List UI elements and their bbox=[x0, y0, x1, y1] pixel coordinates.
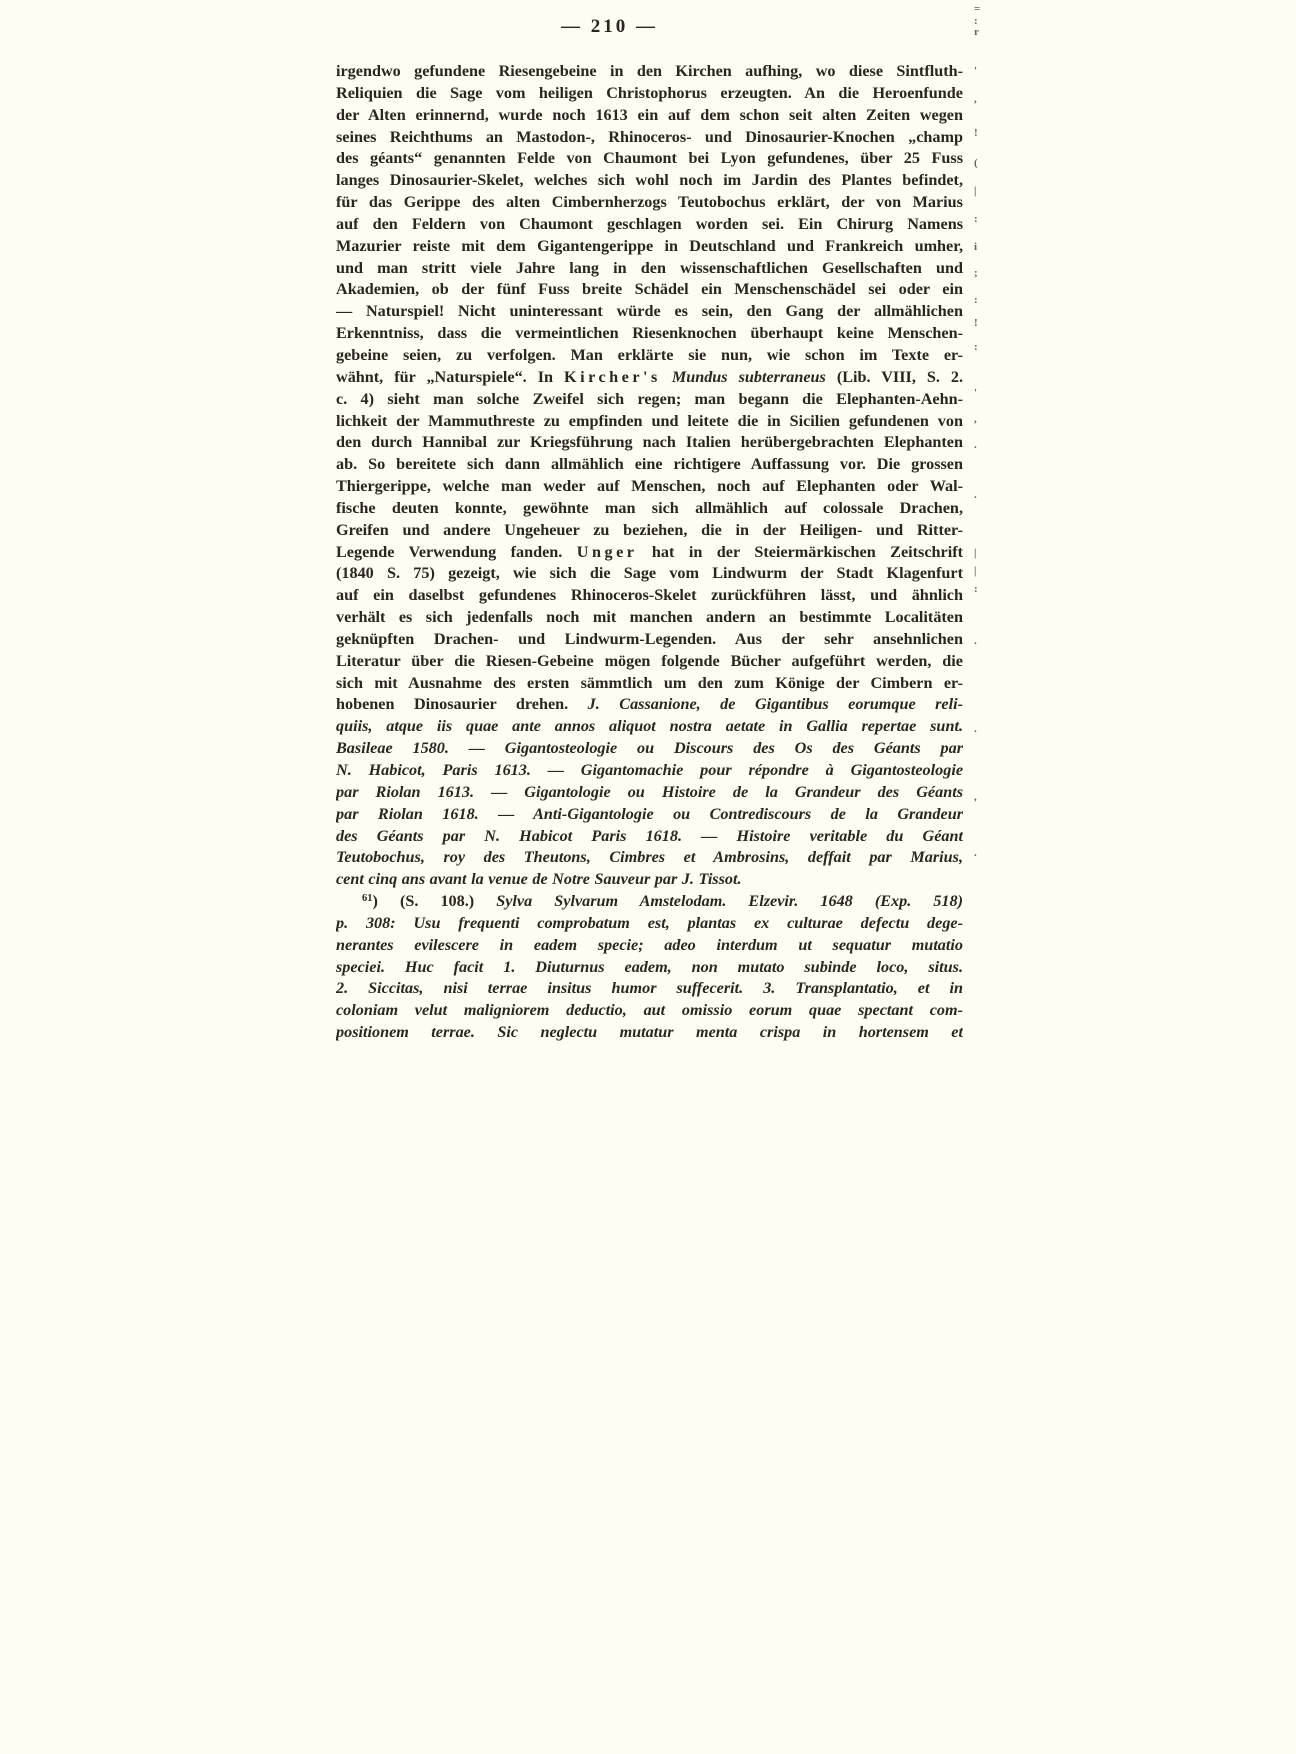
scan-artifact: , bbox=[974, 792, 977, 803]
scan-artifact: : bbox=[974, 214, 978, 225]
text-segment: hat in der Steiermärkischen Zeitschrift bbox=[637, 543, 963, 561]
text-line: Greifen und andere Ungeheuer zu beziehen… bbox=[336, 520, 963, 542]
text-segment: irgendwo gefundene Riesengebeine in den … bbox=[336, 62, 963, 80]
text-line: p. 308: Usu frequenti comprobatum est, p… bbox=[336, 913, 963, 935]
text-line: und man stritt viele Jahre lang in den w… bbox=[336, 258, 963, 280]
text-line: positionem terrae. Sic neglectu mutatur … bbox=[336, 1022, 963, 1044]
scan-artifact-column: =:r',!(|:i;:!:',..||:..,. bbox=[974, 0, 988, 900]
text-line: Mazurier reiste mit dem Gigantengerippe … bbox=[336, 236, 963, 258]
text-segment: für das Gerippe des alten Cimbernherzogs… bbox=[336, 193, 963, 211]
text-line: Teutobochus, roy des Theutons, Cimbres e… bbox=[336, 847, 963, 869]
scan-artifact: , bbox=[974, 414, 977, 425]
text-segment: der Alten erinnernd, wurde noch 1613 ein… bbox=[336, 106, 963, 124]
text-segment: Legende Verwendung fanden. bbox=[336, 543, 577, 561]
italic-text: Teutobochus, roy des Theutons, Cimbres e… bbox=[336, 848, 963, 866]
scan-artifact: ' bbox=[974, 66, 977, 77]
text-segment: Akademien, ob der fünf Fuss breite Schäd… bbox=[336, 280, 963, 298]
text-line: 2. Siccitas, nisi terrae insitus humor s… bbox=[336, 978, 963, 1000]
text-segment: c. 4) sieht man solche Zweifel sich rege… bbox=[336, 390, 963, 408]
italic-text: N. Habicot, Paris 1613. — Gigantomachie … bbox=[336, 761, 963, 779]
text-line: auf den Feldern von Chaumont geschlagen … bbox=[336, 214, 963, 236]
italic-text: speciei. Huc facit 1. Diuturnus eadem, n… bbox=[336, 958, 963, 976]
footnote-paragraph: 61) (S. 108.) Sylva Sylvarum Amstelodam.… bbox=[336, 891, 963, 1044]
text-segment: — Naturspiel! Nicht uninteressant würde … bbox=[336, 302, 963, 320]
text-line: den durch Hannibal zur Kriegsführung nac… bbox=[336, 432, 963, 454]
scan-artifact: : bbox=[974, 584, 978, 595]
italic-text: Mundus subterraneus bbox=[672, 368, 826, 386]
scan-artifact: i bbox=[974, 242, 977, 253]
text-line: N. Habicot, Paris 1613. — Gigantomachie … bbox=[336, 760, 963, 782]
footnote-marker: 61 bbox=[362, 893, 373, 904]
text-line: auf ein daselbst gefundenes Rhinoceros-S… bbox=[336, 585, 963, 607]
letterspaced-name: Unger bbox=[577, 543, 638, 561]
text-segment: ) (S. 108.) bbox=[373, 892, 497, 910]
italic-text: coloniam velut maligniorem deductio, aut… bbox=[336, 1001, 963, 1019]
text-segment: ab. So bereitete sich dann allmählich ei… bbox=[336, 455, 963, 473]
text-line: 61) (S. 108.) Sylva Sylvarum Amstelodam.… bbox=[336, 891, 963, 913]
text-segment: auf ein daselbst gefundenes Rhinoceros-S… bbox=[336, 586, 963, 604]
text-segment: (1840 S. 75) gezeigt, wie sich die Sage … bbox=[336, 564, 963, 582]
text-line: Basileae 1580. — Gigantosteologie ou Dis… bbox=[336, 738, 963, 760]
text-line: nerantes evilescere in eadem specie; ade… bbox=[336, 935, 963, 957]
scan-artifact: . bbox=[974, 490, 977, 501]
text-segment: wähnt, für „Naturspiele“. In bbox=[336, 368, 564, 386]
text-line: Reliquien die Sage vom heiligen Christop… bbox=[336, 83, 963, 105]
text-line: sich mit Ausnahme des ersten sämmtlich u… bbox=[336, 673, 963, 695]
italic-text: J. Cassanione, de Gigantibus eorumque re… bbox=[588, 695, 963, 713]
text-line: verhält es sich jedenfalls noch mit manc… bbox=[336, 607, 963, 629]
text-line: irgendwo gefundene Riesengebeine in den … bbox=[336, 61, 963, 83]
scan-artifact: ( bbox=[974, 158, 978, 169]
italic-text: Basileae 1580. — Gigantosteologie ou Dis… bbox=[336, 739, 963, 757]
text-segment: gebeine seien, zu verfolgen. Man erklärt… bbox=[336, 346, 963, 364]
scan-artifact: : bbox=[974, 342, 978, 353]
scan-artifact: | bbox=[974, 186, 976, 197]
text-line: coloniam velut maligniorem deductio, aut… bbox=[336, 1000, 963, 1022]
scan-artifact: : bbox=[974, 295, 978, 306]
text-segment: langes Dinosaurier-Skelet, welches sich … bbox=[336, 171, 963, 189]
text-line: Legende Verwendung fanden. Unger hat in … bbox=[336, 542, 963, 564]
text-line: quiis, atque iis quae ante annos aliquot… bbox=[336, 716, 963, 738]
text-segment: fische deuten konnte, gewöhnte man sich … bbox=[336, 499, 963, 517]
scanned-page: — 210 — irgendwo gefundene Riesengebeine… bbox=[0, 0, 1296, 1754]
text-segment: lichkeit der Mammuthreste zu empfinden u… bbox=[336, 412, 963, 430]
italic-text: par Riolan 1613. — Gigantologie ou Histo… bbox=[336, 783, 963, 801]
scan-artifact: . bbox=[974, 440, 977, 451]
text-line: c. 4) sieht man solche Zweifel sich rege… bbox=[336, 389, 963, 411]
text-line: fische deuten konnte, gewöhnte man sich … bbox=[336, 498, 963, 520]
text-segment: des géants“ genannten Felde von Chaumont… bbox=[336, 149, 963, 167]
text-line: ab. So bereitete sich dann allmählich ei… bbox=[336, 454, 963, 476]
text-line: Akademien, ob der fünf Fuss breite Schäd… bbox=[336, 279, 963, 301]
scan-artifact: . bbox=[974, 848, 977, 859]
text-line: wähnt, für „Naturspiele“. In Kircher's M… bbox=[336, 367, 963, 389]
text-segment: hobenen Dinosaurier drehen. bbox=[336, 695, 588, 713]
text-segment: Greifen und andere Ungeheuer zu beziehen… bbox=[336, 521, 963, 539]
text-line: lichkeit der Mammuthreste zu empfinden u… bbox=[336, 411, 963, 433]
text-segment: seines Reichthums an Mastodon-, Rhinocer… bbox=[336, 128, 963, 146]
text-line: geknüpften Drachen- und Lindwurm-Legende… bbox=[336, 629, 963, 651]
text-line: Literatur über die Riesen-Gebeine mögen … bbox=[336, 651, 963, 673]
text-line: der Alten erinnernd, wurde noch 1613 ein… bbox=[336, 105, 963, 127]
text-block: irgendwo gefundene Riesengebeine in den … bbox=[336, 61, 963, 1044]
scan-artifact: ! bbox=[974, 128, 978, 139]
text-segment: Erkenntniss, dass die vermeintlichen Rie… bbox=[336, 324, 963, 342]
italic-text: des Géants par N. Habicot Paris 1618. — … bbox=[336, 827, 963, 845]
scan-artifact: . bbox=[974, 636, 977, 647]
letterspaced-name: Kircher's bbox=[564, 368, 661, 386]
text-line: hobenen Dinosaurier drehen. J. Cassanion… bbox=[336, 694, 963, 716]
text-segment bbox=[661, 368, 672, 386]
text-segment: Mazurier reiste mit dem Gigantengerippe … bbox=[336, 237, 963, 255]
text-segment: Reliquien die Sage vom heiligen Christop… bbox=[336, 84, 963, 102]
text-segment: den durch Hannibal zur Kriegsführung nac… bbox=[336, 433, 963, 451]
text-segment: auf den Feldern von Chaumont geschlagen … bbox=[336, 215, 963, 233]
italic-text: cent cinq ans avant la venue de Notre Sa… bbox=[336, 870, 742, 888]
text-segment: Literatur über die Riesen-Gebeine mögen … bbox=[336, 652, 963, 670]
italic-text: Sylva Sylvarum Amstelodam. Elzevir. 1648… bbox=[496, 892, 963, 910]
scan-artifact: . bbox=[974, 724, 977, 735]
text-segment: verhält es sich jedenfalls noch mit manc… bbox=[336, 608, 963, 626]
italic-text: 2. Siccitas, nisi terrae insitus humor s… bbox=[336, 979, 963, 997]
text-line: für das Gerippe des alten Cimbernherzogs… bbox=[336, 192, 963, 214]
italic-text: quiis, atque iis quae ante annos aliquot… bbox=[336, 717, 963, 735]
italic-text: nerantes evilescere in eadem specie; ade… bbox=[336, 936, 963, 954]
text-line: seines Reichthums an Mastodon-, Rhinocer… bbox=[336, 127, 963, 149]
text-line: — Naturspiel! Nicht uninteressant würde … bbox=[336, 301, 963, 323]
text-line: par Riolan 1618. — Anti-Gigantologie ou … bbox=[336, 804, 963, 826]
scan-artifact: ' bbox=[974, 388, 977, 399]
scan-artifact: ! bbox=[974, 318, 978, 329]
text-line: des géants“ genannten Felde von Chaumont… bbox=[336, 148, 963, 170]
text-line: Erkenntniss, dass die vermeintlichen Rie… bbox=[336, 323, 963, 345]
text-line: des Géants par N. Habicot Paris 1618. — … bbox=[336, 826, 963, 848]
main-paragraph: irgendwo gefundene Riesengebeine in den … bbox=[336, 61, 963, 891]
text-line: Thiergerippe, welche man weder auf Mensc… bbox=[336, 476, 963, 498]
text-line: par Riolan 1613. — Gigantologie ou Histo… bbox=[336, 782, 963, 804]
scan-artifact: ; bbox=[974, 268, 978, 279]
text-line: cent cinq ans avant la venue de Notre Sa… bbox=[336, 869, 963, 891]
text-line: langes Dinosaurier-Skelet, welches sich … bbox=[336, 170, 963, 192]
text-segment: Thiergerippe, welche man weder auf Mensc… bbox=[336, 477, 963, 495]
text-segment: sich mit Ausnahme des ersten sämmtlich u… bbox=[336, 674, 963, 692]
scan-artifact: , bbox=[974, 94, 977, 105]
scan-artifact: r bbox=[974, 27, 979, 38]
text-segment: geknüpften Drachen- und Lindwurm-Legende… bbox=[336, 630, 963, 648]
text-line: gebeine seien, zu verfolgen. Man erklärt… bbox=[336, 345, 963, 367]
text-segment: (Lib. VIII, S. 2. bbox=[826, 368, 963, 386]
italic-text: positionem terrae. Sic neglectu mutatur … bbox=[336, 1023, 963, 1041]
text-segment: und man stritt viele Jahre lang in den w… bbox=[336, 259, 963, 277]
text-line: (1840 S. 75) gezeigt, wie sich die Sage … bbox=[336, 563, 963, 585]
page-number: — 210 — bbox=[296, 16, 923, 38]
scan-artifact: | bbox=[974, 548, 976, 559]
text-line: speciei. Huc facit 1. Diuturnus eadem, n… bbox=[336, 957, 963, 979]
italic-text: par Riolan 1618. — Anti-Gigantologie ou … bbox=[336, 805, 963, 823]
italic-text: p. 308: Usu frequenti comprobatum est, p… bbox=[336, 914, 963, 932]
scan-artifact: = bbox=[974, 4, 980, 15]
scan-artifact: | bbox=[974, 566, 976, 577]
